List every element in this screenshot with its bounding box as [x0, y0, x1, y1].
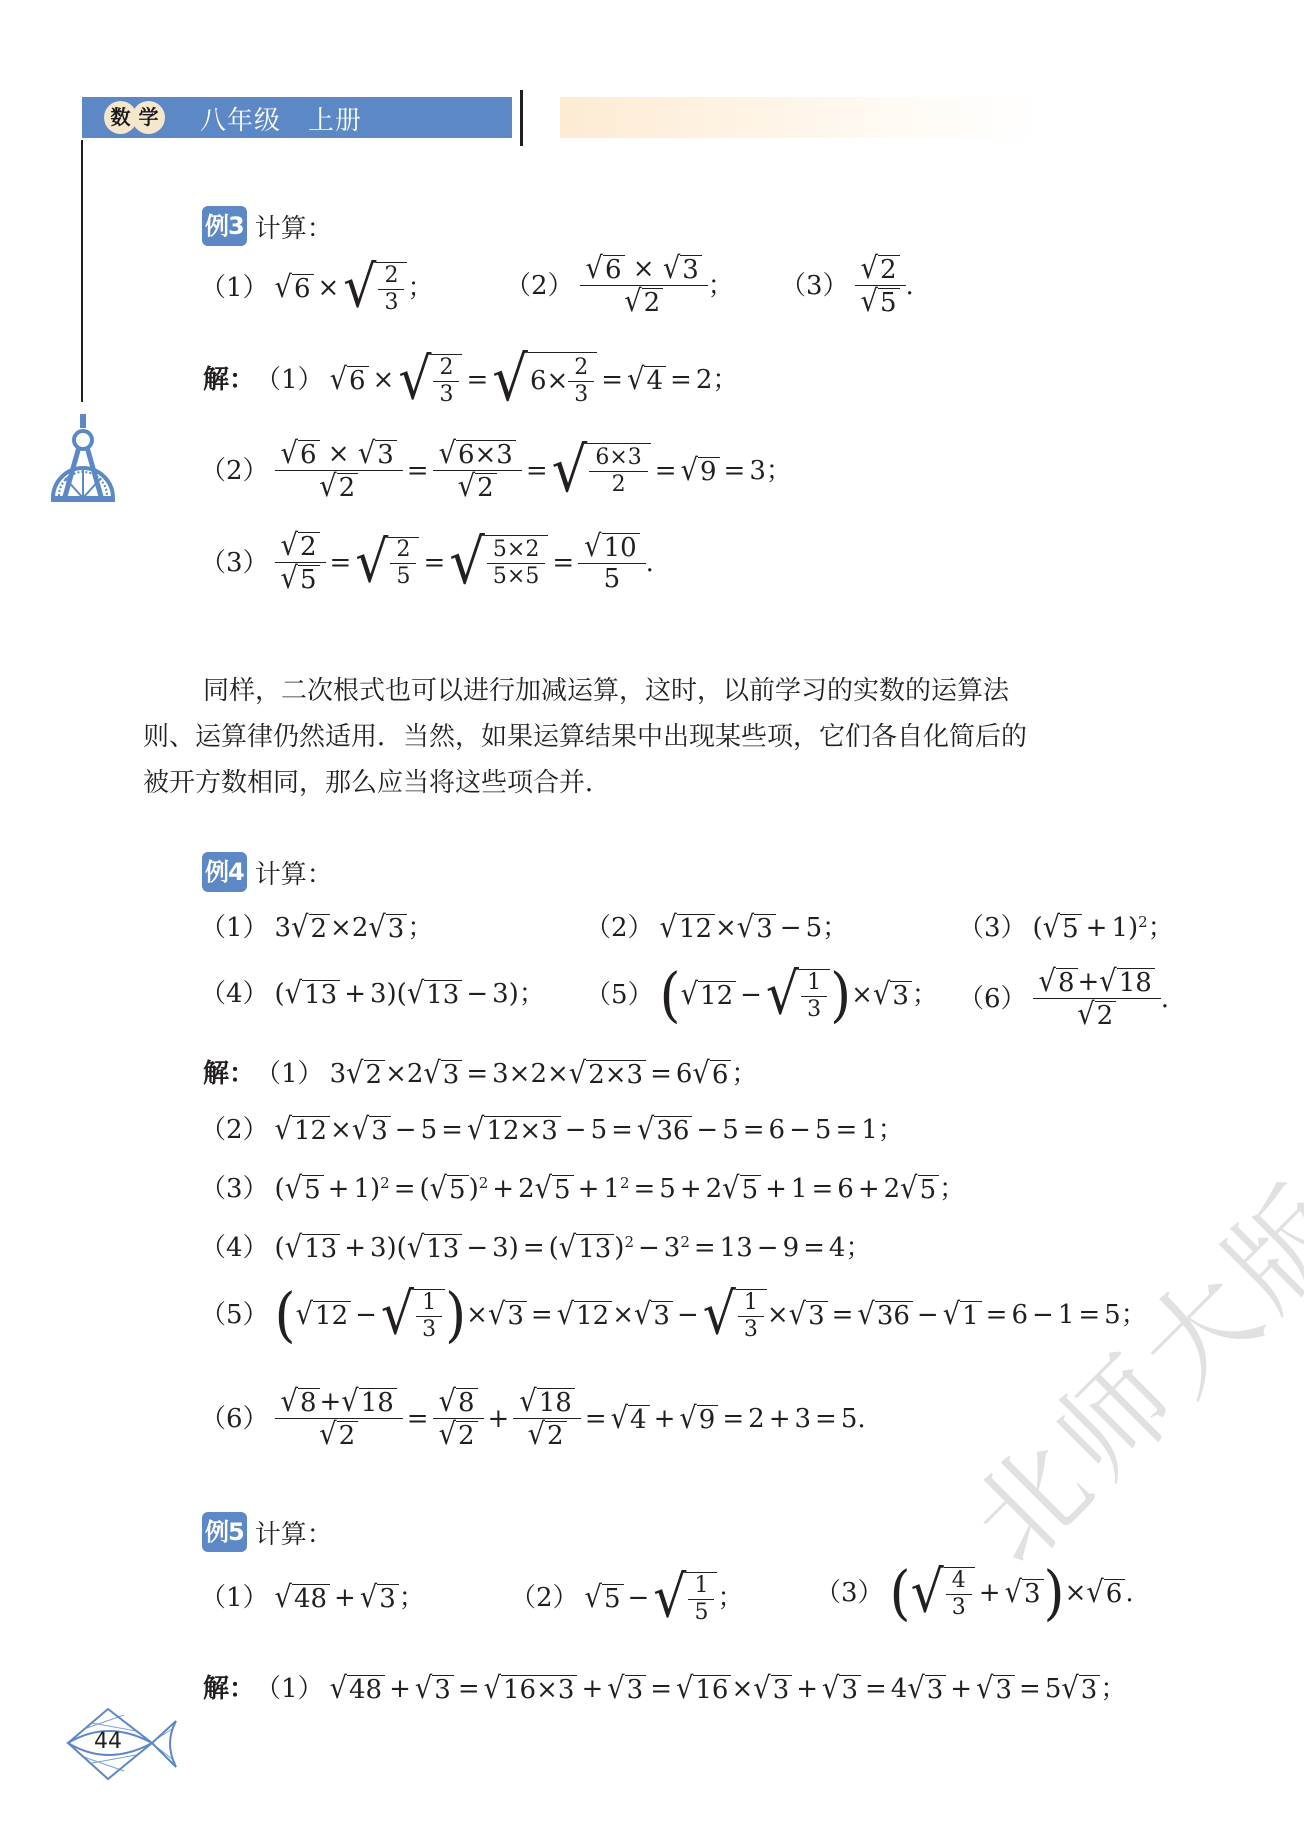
problem-label: （1） — [200, 275, 269, 301]
example-3-solution-2: （2） √6 × √3√2 = √6×3√2 = √6×32 =√9=3； — [200, 440, 792, 501]
solution-label: 解： — [203, 1676, 255, 1702]
problem-label: （1） — [200, 1585, 269, 1611]
solution-item-label: （5） — [200, 1302, 269, 1328]
header-gradient-band — [560, 97, 1040, 138]
page-number: 44 — [94, 1729, 122, 1754]
solution-item-label: （1） — [255, 1676, 324, 1702]
problem-label: （2） — [510, 1585, 579, 1611]
example-5-heading: 例5计算： — [202, 1512, 333, 1552]
header-bar: 数 学 八年级 上册 — [82, 97, 512, 138]
example-5-problem-1: （1）√48+√3； — [200, 1584, 425, 1612]
example-3-solution-3: （3） √2√5 = √25 = √5×25×5 = √105. — [200, 532, 654, 593]
problem-label: （3） — [815, 1580, 884, 1606]
solution-label: 解： — [203, 1061, 255, 1087]
example-instruction: 计算： — [255, 1520, 333, 1550]
example-5-problem-3: （3）(√43+√3)×√6. — [815, 1566, 1134, 1620]
solution-item-label: （3） — [200, 550, 269, 576]
solution-item-label: （1） — [255, 1061, 324, 1087]
example-4-problem-5: （5）(√12−√13)×√3； — [585, 968, 938, 1022]
paragraph-line: 则、运算律仍然适用．当然，如果运算结果中出现某些项，它们各自化简后的 — [143, 714, 1173, 760]
fish-net-icon: 44 — [64, 1705, 180, 1785]
example-5-problem-2: （2）√5−√15； — [510, 1572, 743, 1624]
example-4-solution-4: （4）(√13+3)(√13−3)=(√13)2−32=13−9=4； — [200, 1234, 871, 1262]
problem-label: （2） — [505, 273, 574, 299]
example-3-problem-3: （3） √2√5. — [780, 255, 914, 316]
example-badge: 例3 — [202, 206, 247, 246]
example-4-problem-2: （2）√12×√3−5； — [585, 914, 848, 942]
example-4-problem-6: （6） √8+√18√2. — [958, 968, 1169, 1029]
example-3-problem-2: （2） √6 × √3√2； — [505, 255, 734, 316]
problem-label: （5） — [585, 982, 654, 1008]
example-3-solution-1: 解： （1） √6× √23 = √6×23 =√4=2； — [203, 352, 738, 408]
compass-protractor-icon — [48, 414, 118, 506]
problem-label: （2） — [585, 915, 654, 941]
problem-label: （1） — [200, 915, 269, 941]
example-4-heading: 例4计算： — [202, 852, 333, 892]
problem-label: （4） — [200, 981, 269, 1007]
example-5-solution-1: 解： （1）√48+√3=√16×3+√3=√16×√3+√3=4√3+√3=5… — [203, 1675, 1126, 1703]
publisher-watermark: 北师大版 — [930, 1141, 1304, 1592]
example-4-solution-3: （3）(√5+1)2=(√5)2+2√5+12=5+2√5+1=6+2√5； — [200, 1175, 965, 1203]
paragraph-line: 被开方数相同，那么应当将这些项合并． — [143, 760, 1173, 806]
example-3-problem-1: （1） √6× √23； — [200, 262, 433, 314]
solution-item-label: （3） — [200, 1176, 269, 1202]
solution-item-label: （2） — [200, 1117, 269, 1143]
example-instruction: 计算： — [255, 214, 333, 244]
example-badge: 例5 — [202, 1512, 247, 1552]
margin-line — [81, 140, 83, 402]
solution-item-label: （6） — [200, 1406, 269, 1432]
example-4-solution-6: （6） √8+√18√2= √8√2+ √18√2=√4+√9=2+3=5. — [200, 1388, 866, 1449]
solution-item-label: （4） — [200, 1235, 269, 1261]
example-4-solution-1: 解： （1）3√2×2√3=3×2×√2×3=6√6； — [203, 1060, 757, 1088]
subject-badge-char: 学 — [132, 101, 165, 134]
header-divider — [520, 90, 523, 146]
paragraph-line: 同样，二次根式也可以进行加减运算，这时，以前学习的实数的运算法 — [143, 668, 1173, 714]
example-4-problem-1: （1）3√2×2√3； — [200, 914, 433, 942]
problem-label: （6） — [958, 986, 1027, 1012]
example-instruction: 计算： — [255, 860, 333, 890]
example-4-solution-5: （5）(√12−√13)×√3=√12×√3−√13×√3=√36−√1=6−1… — [200, 1288, 1147, 1342]
example-3-heading: 例3计算： — [202, 206, 333, 246]
example-4-solution-2: （2）√12×√3−5=√12×3−5=√36−5=6−5=1； — [200, 1116, 904, 1144]
example-4-problem-4: （4）(√13+3)(√13−3)； — [200, 980, 545, 1008]
problem-label: （3） — [780, 273, 849, 299]
example-4-problem-3: （3）(√5+1)2； — [958, 914, 1174, 942]
book-title: 八年级 上册 — [200, 100, 362, 137]
solution-item-label: （2） — [200, 458, 269, 484]
example-badge: 例4 — [202, 852, 247, 892]
explanation-paragraph: 同样，二次根式也可以进行加减运算，这时，以前学习的实数的运算法 则、运算律仍然适… — [143, 668, 1173, 806]
problem-label: （3） — [958, 915, 1027, 941]
solution-label: 解： — [203, 367, 255, 393]
solution-item-label: （1） — [255, 367, 324, 393]
